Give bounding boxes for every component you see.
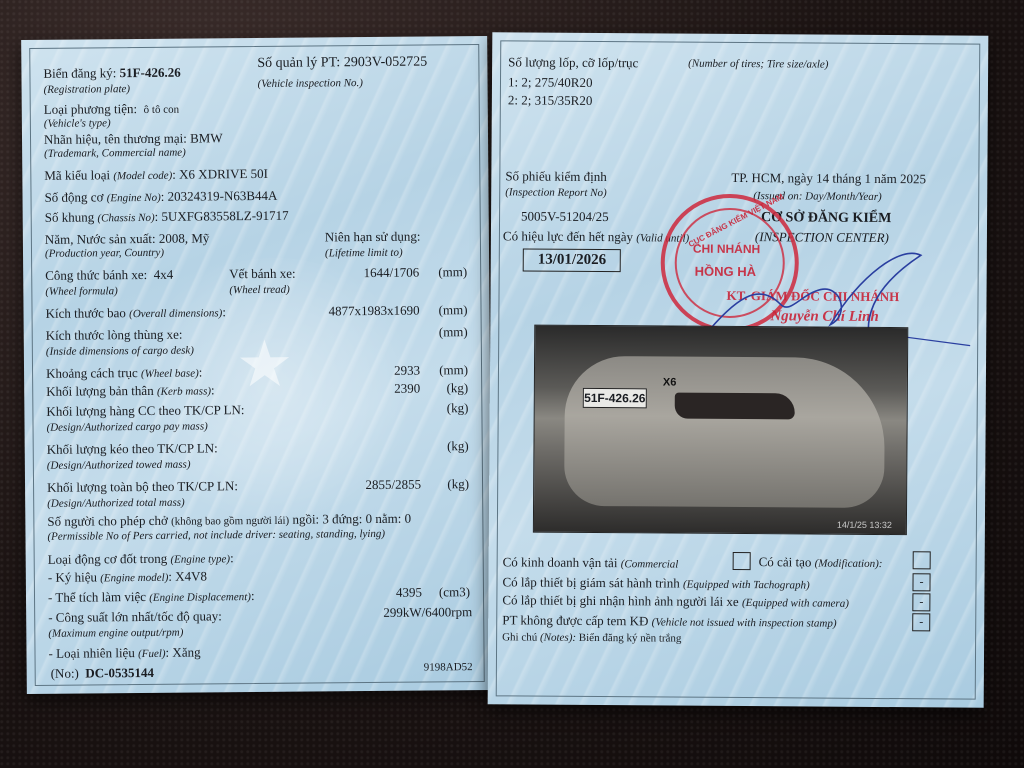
displacement-unit: (cm3) [439, 584, 470, 600]
overall-dimensions-field: Kích thước bao (Overall dimensions): [45, 304, 226, 323]
wheel-base-field: Khoảng cách trục (Wheel base): [46, 364, 202, 382]
fuel-field: - Loại nhiên liệu (Fuel): Xăng [48, 645, 200, 663]
cargo-mass-unit: (kg) [447, 400, 469, 416]
model-code-field: Mã kiểu loại (Model code): X6 XDRIVE 50I [44, 166, 268, 185]
wheel-formula-field: Công thức bánh xe: 4x4 [45, 267, 173, 283]
tire-axle-1: 1: 2; 275/40R20 [508, 74, 593, 90]
overall-dimensions-value: 4877x1983x1690 [328, 303, 419, 320]
overall-dimensions-unit: (mm) [439, 302, 468, 318]
check-no-stamp: PT không được cấp tem KĐ (Vehicle not is… [502, 612, 836, 631]
checkbox-no-stamp[interactable]: - [912, 613, 930, 631]
wheel-tread-value: 1644/1706 [364, 265, 420, 281]
max-output-value: 299kW/6400rpm [383, 604, 472, 621]
taillight [675, 393, 795, 420]
max-output-en: (Maximum engine output/rpm) [48, 627, 183, 641]
towed-mass-en: (Design/Authorized towed mass) [47, 459, 191, 473]
displacement-value: 4395 [396, 585, 422, 601]
inspection-no-field: Số quản lý PT: 2903V-052725 [257, 55, 427, 71]
tire-axle-2: 2: 2; 315/35R20 [508, 92, 593, 108]
car-silhouette [564, 356, 885, 508]
vehicle-photo: 51F-426.26 X6 14/1/25 13:32 [533, 325, 908, 536]
total-mass-unit: (kg) [447, 476, 469, 492]
cargo-dimensions-unit: (mm) [439, 324, 468, 340]
report-no-label: Số phiếu kiểm định [505, 168, 607, 184]
checkbox-tachograph[interactable]: - [912, 573, 930, 591]
trademark-field: Nhãn hiệu, tên thương mại: BMW [44, 130, 223, 147]
photo-model-badge: X6 [663, 376, 677, 388]
max-output-field: - Công suất lớn nhất/tốc độ quay: [48, 608, 222, 625]
inspection-no-en: (Vehicle inspection No.) [257, 77, 363, 91]
cargo-mass-field: Khối lượng hàng CC theo TK/CP LN: [46, 402, 244, 419]
check-modification: Có cải tạo (Modification): [759, 554, 883, 572]
lifetime-en: (Lifetime limit to) [325, 247, 403, 261]
wheel-formula-en: (Wheel formula) [45, 285, 118, 299]
check-commercial: Có kinh doanh vận tải (Commercial [503, 554, 679, 572]
displacement-field: - Thể tích làm việc (Engine Displacement… [48, 588, 255, 607]
registration-certificate-left-page: ★ Biển đăng ký: 51F-426.26 (Registration… [21, 36, 493, 694]
tires-en: (Number of tires; Tire size/axle) [688, 58, 828, 72]
wheel-base-unit: (mm) [439, 362, 468, 378]
registration-certificate-right-page: Số lượng lốp, cỡ lốp/trục (Number of tir… [488, 32, 989, 707]
tires-label: Số lượng lốp, cỡ lốp/trục [508, 54, 638, 70]
photo-timestamp: 14/1/25 13:32 [837, 520, 892, 530]
vehicle-type-field: Loại phương tiện: ô tô con [44, 101, 179, 119]
cargo-mass-en: (Design/Authorized cargo pay mass) [46, 420, 207, 434]
valid-until-date: 13/01/2026 [523, 248, 622, 272]
checkbox-modification[interactable] [913, 551, 931, 569]
serial-no-field: (No:) DC-0535144 [51, 665, 154, 681]
checkbox-camera[interactable]: - [912, 593, 930, 611]
registration-plate-en: (Registration plate) [44, 83, 131, 97]
kerb-mass-field: Khối lượng bản thân (Kerb mass): [46, 382, 215, 400]
chassis-no-field: Số khung (Chassis No): 5UXFG83558LZ-9171… [45, 208, 289, 227]
kerb-mass-value: 2390 [394, 381, 420, 397]
notes-field: Ghi chú (Notes): Biển đăng ký nền trắng [502, 630, 681, 646]
registration-plate-field: Biển đăng ký: 51F-426.26 [43, 65, 180, 81]
lifetime-field: Niên hạn sử dụng: [325, 229, 421, 245]
towed-mass-field: Khối lượng kéo theo TK/CP LN: [47, 440, 218, 456]
engine-model-field: - Ký hiệu (Engine model): X4V8 [48, 568, 207, 586]
valid-until-label: Có hiệu lực đến hết ngày (Valid until) [503, 228, 689, 246]
production-en: (Production year, Country) [45, 247, 164, 261]
checkbox-commercial[interactable] [733, 552, 751, 570]
photo-license-plate: 51F-426.26 [583, 388, 647, 408]
engine-no-field: Số động cơ (Engine No): 20324319-N63B44A [44, 188, 277, 207]
total-mass-field: Khối lượng toàn bộ theo TK/CP LN: [47, 478, 238, 495]
issued-date: TP. HCM, ngày 14 tháng 1 năm 2025 [731, 170, 926, 186]
cargo-dimensions-field: Kích thước lòng thùng xe: [46, 327, 183, 343]
vehicle-type-en: (Vehicle's type) [44, 117, 111, 131]
trademark-en: (Trademark, Commercial name) [44, 147, 186, 161]
wheel-tread-en: (Wheel tread) [229, 284, 289, 298]
report-no-en: (Inspection Report No) [505, 186, 607, 200]
total-mass-value: 2855/2855 [365, 477, 421, 493]
check-tachograph: Có lắp thiết bị giám sát hành trình (Equ… [502, 574, 809, 593]
wheel-base-value: 2933 [394, 363, 420, 379]
wheel-tread-unit: (mm) [438, 264, 467, 280]
total-mass-en: (Design/Authorized total mass) [47, 497, 185, 511]
engine-type-field: Loại động cơ đốt trong (Engine type): [48, 550, 234, 569]
star-icon: ★ [236, 328, 294, 402]
wheel-tread-label: Vết bánh xe: [229, 266, 296, 282]
document-code: 9198AD52 [424, 660, 473, 675]
kerb-mass-unit: (kg) [446, 380, 468, 396]
report-no-value: 5005V-51204/25 [521, 208, 609, 224]
check-camera: Có lắp thiết bị ghi nhận hình ảnh người … [502, 592, 849, 611]
cargo-dimensions-en: (Inside dimensions of cargo desk) [46, 345, 194, 359]
towed-mass-unit: (kg) [447, 438, 469, 454]
production-field: Năm, Nước sản xuất: 2008, Mỹ [45, 230, 210, 246]
